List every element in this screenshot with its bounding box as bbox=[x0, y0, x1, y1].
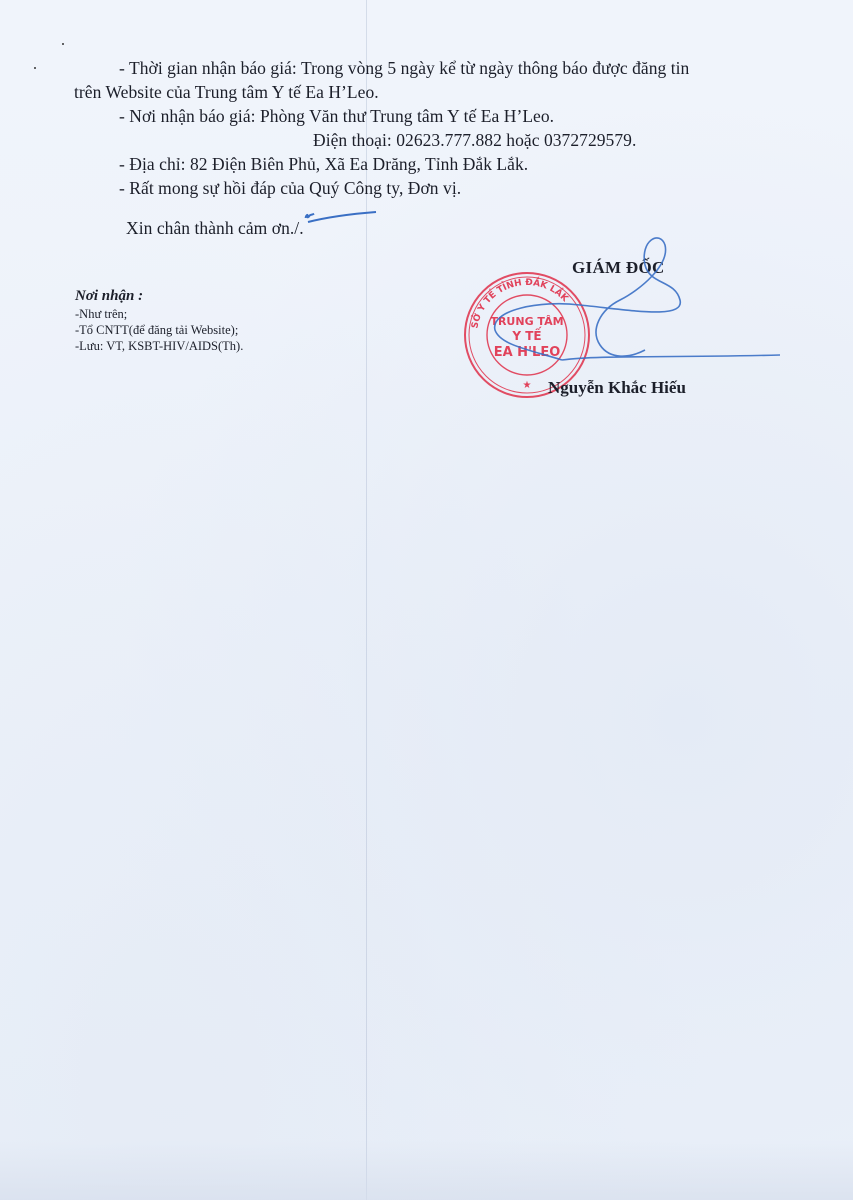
svg-text:TRUNG TÂM: TRUNG TÂM bbox=[490, 315, 563, 328]
body-line-deadline-cont: trên Website của Trung tâm Y tế Ea H’Leo… bbox=[74, 82, 379, 103]
scan-shadow bbox=[0, 1140, 853, 1200]
recipient-item: -Tổ CNTT(để đăng tải Website); bbox=[75, 322, 243, 338]
signer-name: Nguyễn Khắc Hiếu bbox=[548, 378, 686, 398]
body-line-address: - Địa chỉ: 82 Điện Biên Phủ, Xã Ea Drăng… bbox=[119, 154, 528, 175]
closing-line: Xin chân thành cảm ơn./. bbox=[126, 218, 304, 239]
scanned-page: - Thời gian nhận báo giá: Trong vòng 5 n… bbox=[0, 0, 853, 1200]
svg-text:Y TẾ: Y TẾ bbox=[511, 327, 542, 343]
body-line-request: - Rất mong sự hồi đáp của Quý Công ty, Đ… bbox=[119, 178, 461, 199]
stamp-star-icon: ★ bbox=[523, 380, 532, 391]
body-line-phone: Điện thoại: 02623.777.882 hoặc 037272957… bbox=[313, 130, 636, 151]
body-line-receiving-place: - Nơi nhận báo giá: Phòng Văn thư Trung … bbox=[119, 106, 554, 127]
recipients-title: Nơi nhận : bbox=[75, 288, 243, 305]
recipients-block: Nơi nhận : -Như trên; -Tổ CNTT(để đăng t… bbox=[75, 288, 243, 354]
recipient-item: -Như trên; bbox=[75, 306, 243, 322]
recipient-item: -Lưu: VT, KSBT-HIV/AIDS(Th). bbox=[75, 338, 243, 354]
svg-text:EA H'LEO: EA H'LEO bbox=[494, 345, 561, 360]
body-line-deadline: - Thời gian nhận báo giá: Trong vòng 5 n… bbox=[119, 58, 689, 79]
initials-mark bbox=[300, 210, 400, 250]
